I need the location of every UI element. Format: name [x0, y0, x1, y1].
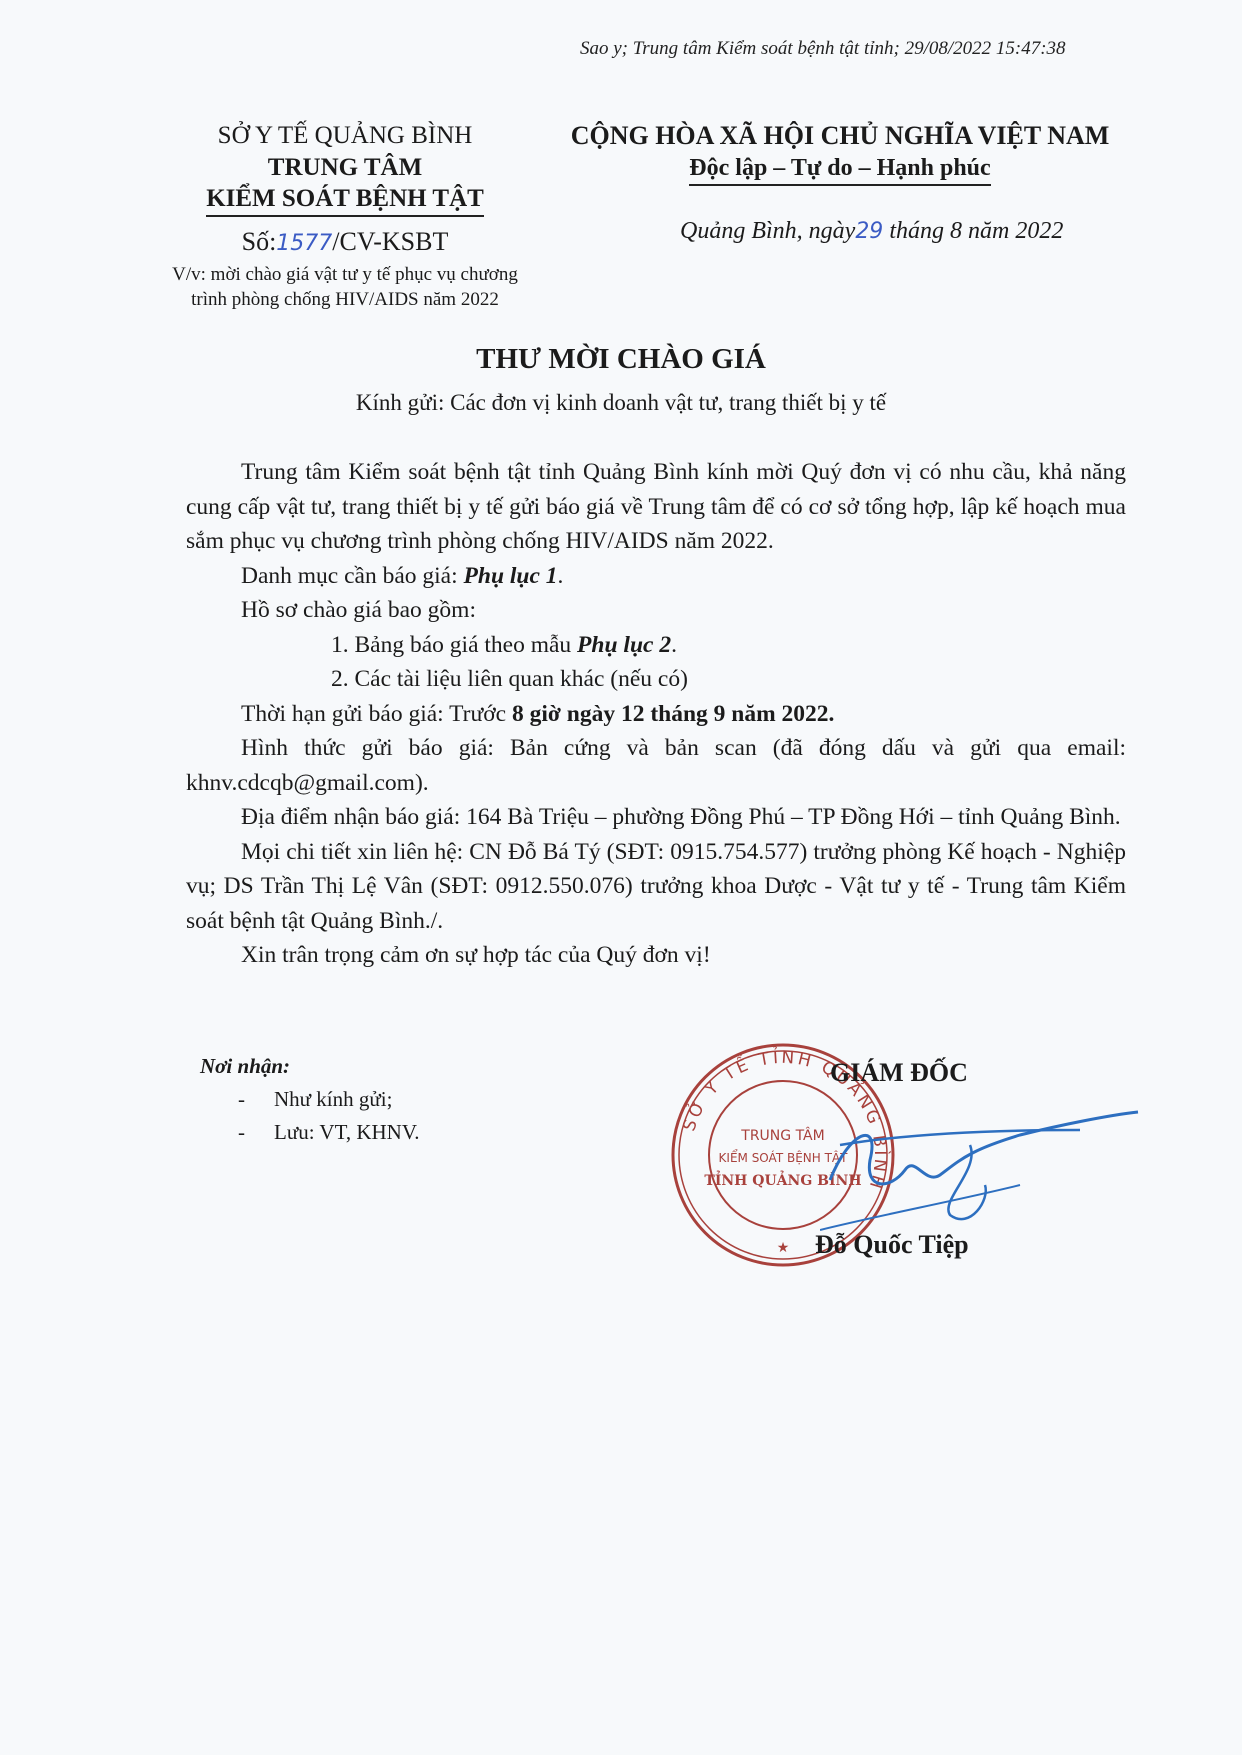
svg-text:★: ★ [777, 1241, 790, 1256]
dossier-item: 1. Bảng báo giá theo mẫu Phụ lục 2. [186, 628, 1126, 663]
seal-inner-line-1: TRUNG TÂM [740, 1126, 824, 1144]
subject-line-2: trình phòng chống HIV/AIDS năm 2022 [150, 287, 540, 312]
submission-paragraph: Hình thức gửi báo giá: Bản cứng và bản s… [186, 731, 1126, 800]
digital-copy-stamp: Sao y; Trung tâm Kiểm soát bệnh tật tỉnh… [580, 38, 1066, 60]
location-paragraph: Địa điểm nhận báo giá: 164 Bà Triệu – ph… [186, 800, 1126, 835]
contact-paragraph: Mọi chi tiết xin liên hệ: CN Đỗ Bá Tý (S… [186, 835, 1126, 939]
catalog-label: Danh mục cần báo giá: [241, 563, 464, 589]
national-header: CỘNG HÒA XÃ HỘI CHỦ NGHĨA VIỆT NAM Độc l… [545, 120, 1135, 186]
document-number-handwritten: 1577 [276, 231, 332, 256]
signatory-name: Đỗ Quốc Tiệp [815, 1230, 969, 1260]
dossier-item-text: 1. Bảng báo giá theo mẫu [331, 632, 577, 658]
intro-paragraph: Trung tâm Kiểm soát bệnh tật tỉnh Quảng … [186, 455, 1126, 559]
date-prefix: Quảng Bình, ngày [680, 218, 855, 244]
deadline-paragraph: Thời hạn gửi báo giá: Trước 8 giờ ngày 1… [186, 697, 1126, 732]
catalog-end: . [558, 563, 564, 589]
national-motto: Độc lập – Tự do – Hạnh phúc [689, 152, 990, 186]
recipient-text: Như kính gửi; [274, 1087, 392, 1111]
recipients-heading: Nơi nhận: [200, 1050, 420, 1083]
issuing-agency-header: SỞ Y TẾ QUẢNG BÌNH TRUNG TÂM KIỂM SOÁT B… [150, 120, 540, 312]
signatory-title: GIÁM ĐỐC [830, 1058, 968, 1088]
closing-paragraph: Xin trân trọng cảm ơn sự hợp tác của Quý… [186, 938, 1126, 973]
department-name: SỞ Y TẾ QUẢNG BÌNH [150, 120, 540, 152]
catalog-value: Phụ lục 1 [464, 563, 558, 589]
recipient-item: -Như kính gửi; [200, 1083, 420, 1116]
organization-line-1: TRUNG TÂM [150, 152, 540, 183]
catalog-paragraph: Danh mục cần báo giá: Phụ lục 1. [186, 559, 1126, 594]
letter-body: Trung tâm Kiểm soát bệnh tật tỉnh Quảng … [186, 455, 1126, 973]
dossier-item-emph: Phụ lục 2 [577, 632, 671, 658]
recipient-text: Lưu: VT, KHNV. [274, 1120, 420, 1144]
dossier-item-text: 2. Các tài liệu liên quan khác (nếu có) [331, 666, 688, 692]
deadline-label: Thời hạn gửi báo giá: Trước [241, 701, 512, 727]
document-number-prefix: Số: [242, 227, 277, 256]
dossier-label: Hồ sơ chào giá bao gồm: [186, 593, 1126, 628]
document-title: THƯ MỜI CHÀO GIÁ [0, 343, 1242, 376]
issue-date: Quảng Bình, ngày29 tháng 8 năm 2022 [680, 218, 1063, 245]
document-number-suffix: /CV-KSBT [332, 227, 448, 256]
greeting: Kính gửi: Các đơn vị kinh doanh vật tư, … [0, 390, 1242, 416]
handwritten-signature-icon [820, 1090, 1140, 1240]
recipients-block: Nơi nhận: -Như kính gửi; -Lưu: VT, KHNV. [200, 1050, 420, 1149]
deadline-value: 8 giờ ngày 12 tháng 9 năm 2022. [512, 701, 834, 727]
organization-line-2: KIỂM SOÁT BỆNH TẬT [206, 183, 484, 217]
recipient-item: -Lưu: VT, KHNV. [200, 1116, 420, 1149]
dossier-item: 2. Các tài liệu liên quan khác (nếu có) [186, 662, 1126, 697]
subject-line-1: V/v: mời chào giá vật tư y tế phục vụ ch… [150, 262, 540, 287]
date-suffix: tháng 8 năm 2022 [889, 218, 1063, 244]
document-number: Số:1577/CV-KSBT [150, 227, 540, 259]
date-day-handwritten: 29 [855, 219, 883, 244]
dossier-item-suffix: . [671, 632, 677, 658]
nation-name: CỘNG HÒA XÃ HỘI CHỦ NGHĨA VIỆT NAM [545, 120, 1135, 152]
